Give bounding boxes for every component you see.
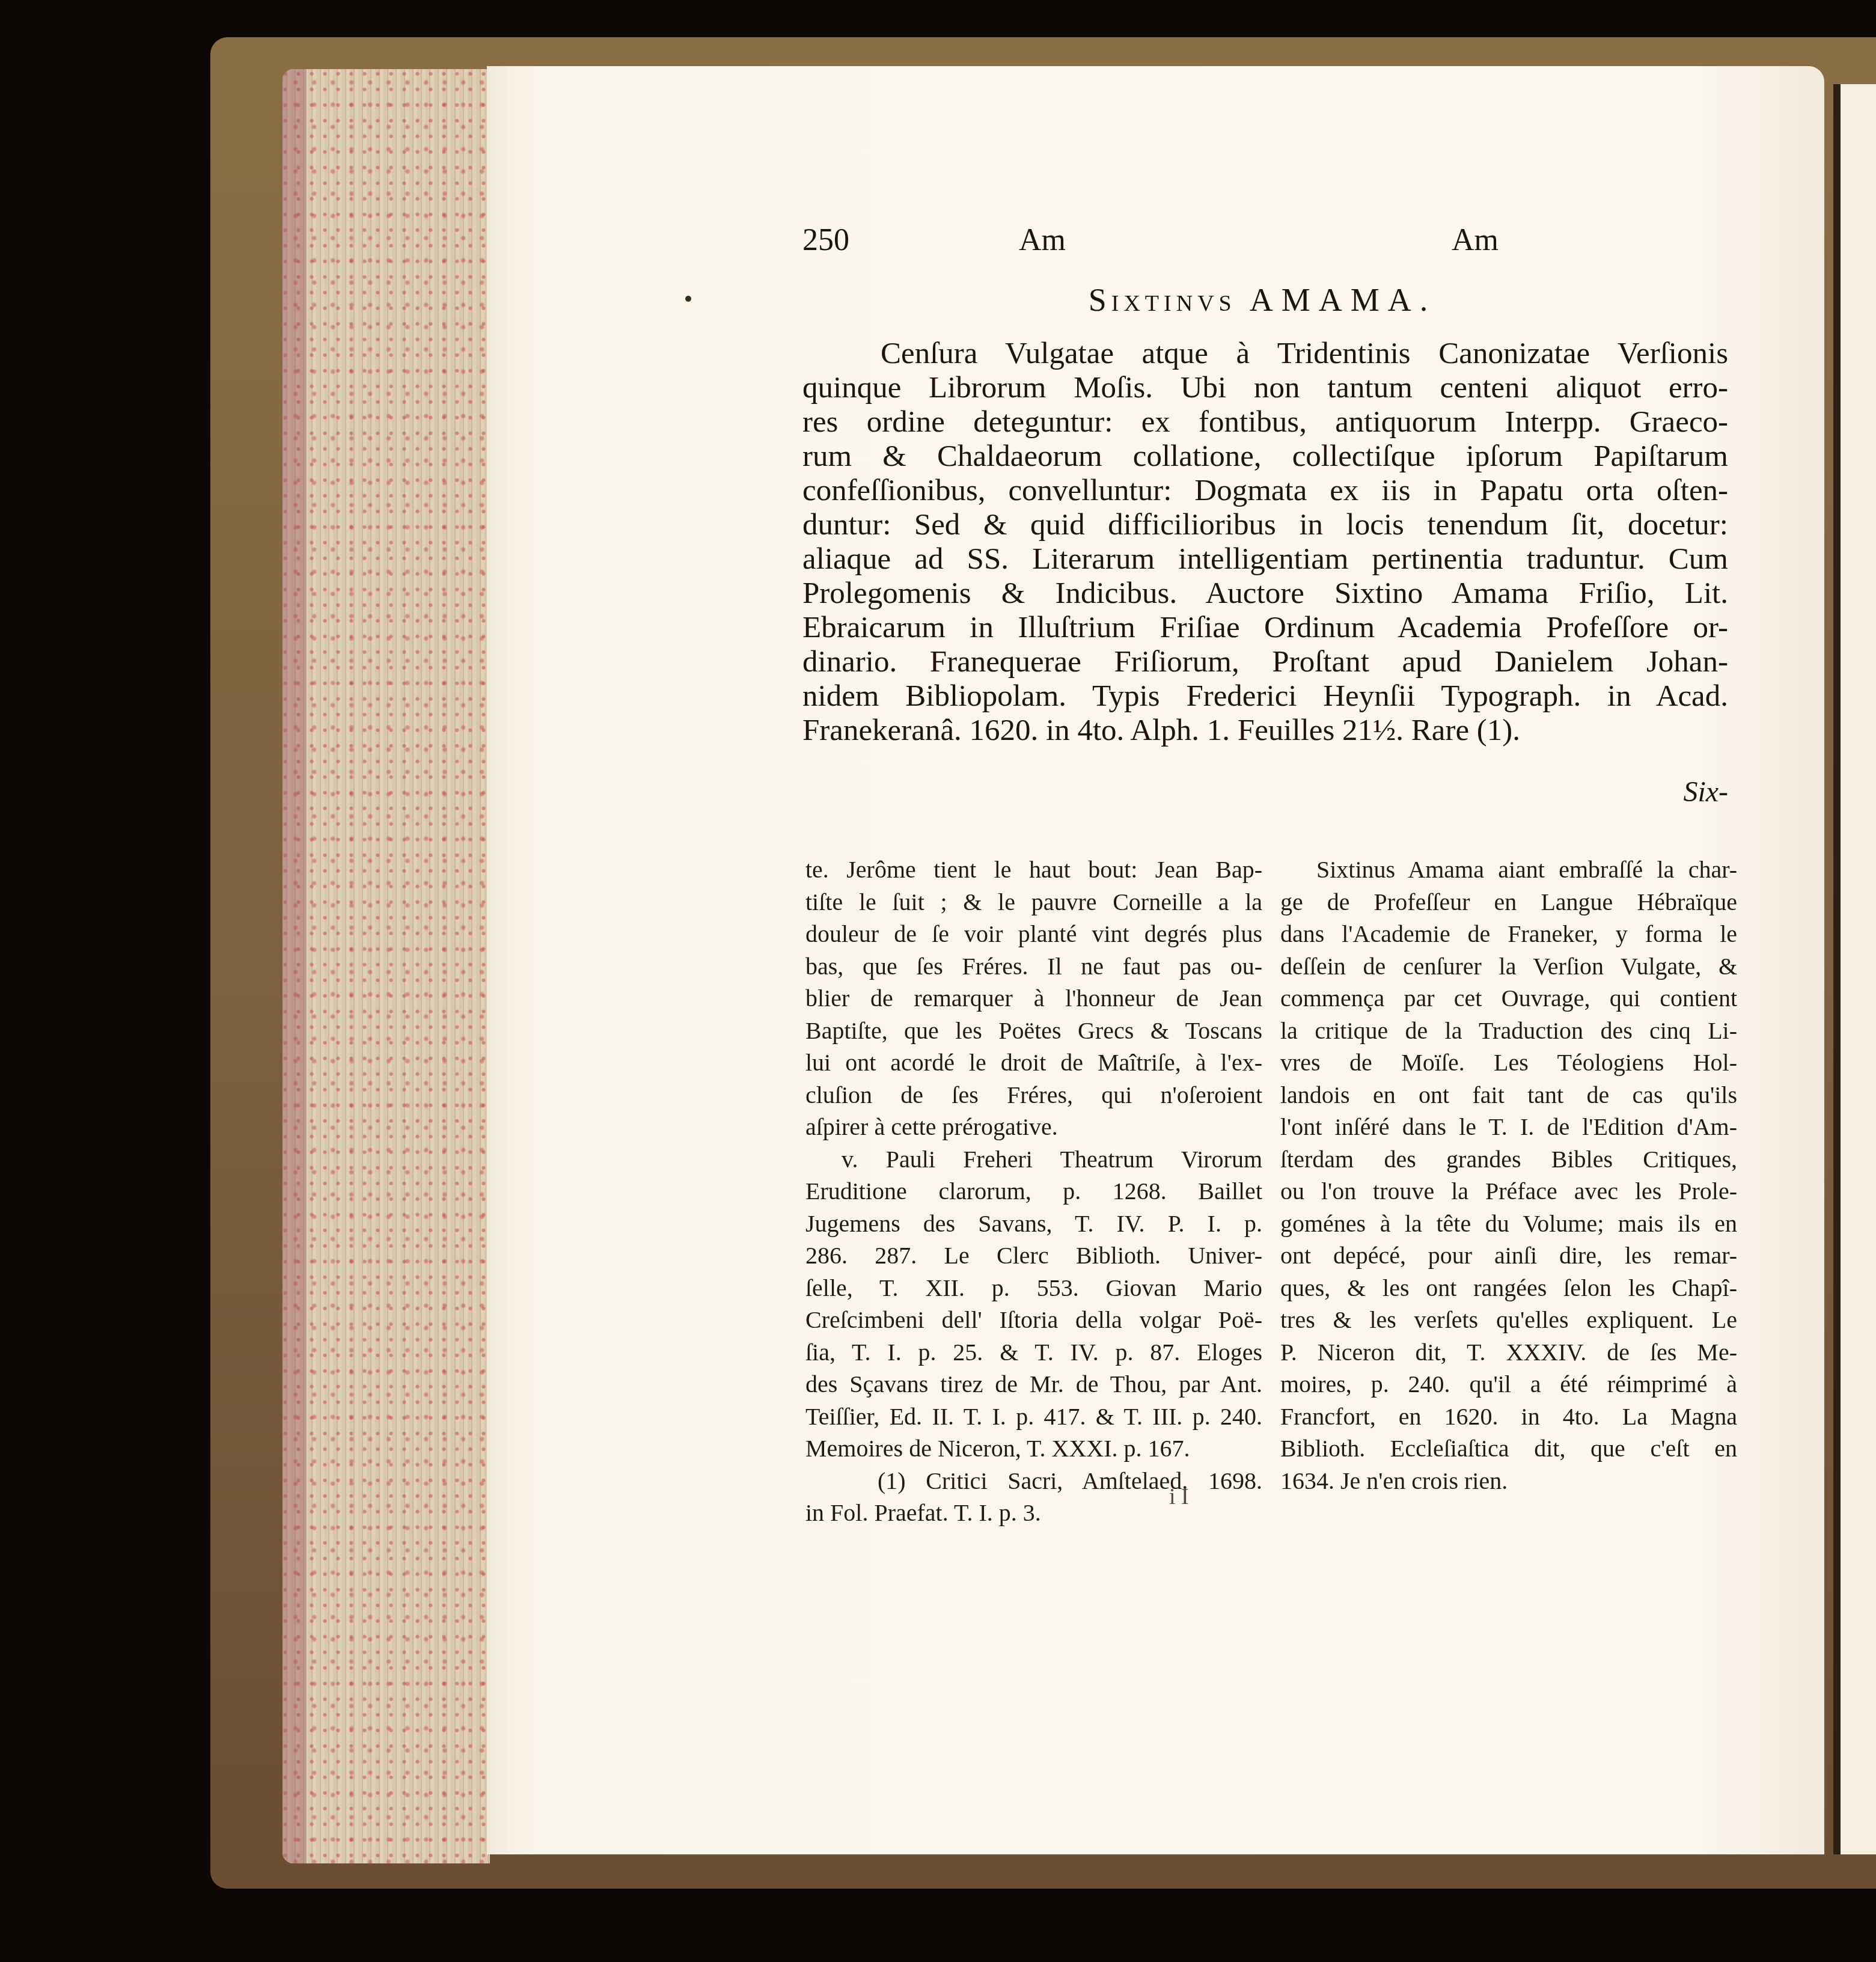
ink-speck — [685, 296, 691, 302]
note-line: vres de Moïſe. Les Téologiens Hol- — [1280, 1047, 1737, 1079]
note-line: Sixtinus Amama aiant embraſſé la char- — [1280, 854, 1737, 886]
note-line: Memoires de Niceron, T. XXXI. p. 167. — [805, 1432, 1262, 1465]
note-line: dans l'Academie de Franeker, y forma le — [1280, 918, 1737, 950]
facing-page-sliver — [1833, 84, 1876, 1854]
entry-line: res ordine deteguntur: ex fontibus, anti… — [802, 405, 1728, 439]
note-line: Jugemens des Savans, T. IV. P. I. p. — [805, 1208, 1262, 1240]
note-line: commença par cet Ouvrage, qui contient — [1280, 982, 1737, 1015]
entry-title: SixtinvsAMAMA. — [781, 281, 1743, 319]
note-line: Eruditione clarorum, p. 1268. Baillet — [805, 1175, 1262, 1208]
footnote-line: in Fol. Praefat. T. I. p. 3. — [805, 1497, 1262, 1529]
entry-line: nidem Bibliopolam. Typis Frederici Heynſ… — [802, 679, 1728, 714]
entry-title-forename: Sixtinvs — [1089, 282, 1236, 318]
entry-line: Ebraicarum in Illuſtrium Friſiae Ordinum… — [802, 611, 1728, 645]
note-line: v. Pauli Freheri Theatrum Virorum — [805, 1143, 1262, 1176]
note-line: tiſte le ſuit ; & le pauvre Corneille a … — [805, 886, 1262, 918]
note-line: aſpirer à cette prérogative. — [805, 1111, 1262, 1143]
right-note-column: Sixtinus Amama aiant embraſſé la char- g… — [1280, 854, 1737, 1497]
note-line: landois en ont fait tant de cas qu'ils — [1280, 1079, 1737, 1111]
signature-mark: i I — [1169, 1484, 1189, 1510]
note-line: te. Jerôme tient le haut bout: Jean Bap- — [805, 854, 1262, 886]
note-line: ge de Profeſſeur en Langue Hébraïque — [1280, 886, 1737, 918]
note-line: bas, que ſes Fréres. Il ne faut pas ou- — [805, 950, 1262, 983]
note-line: ſelle, T. XII. p. 553. Giovan Mario — [805, 1272, 1262, 1304]
entry-line: Franekeranâ. 1620. in 4to. Alph. 1. Feui… — [802, 714, 1728, 748]
entry-line: aliaque ad SS. Literarum intelligentiam … — [802, 542, 1728, 576]
note-line: 1634. Je n'en crois rien. — [1280, 1465, 1737, 1497]
note-line: blier de remarquer à l'honneur de Jean — [805, 982, 1262, 1015]
bibliographic-entry: Cenſura Vulgatae atque à Tridentinis Can… — [802, 337, 1728, 748]
entry-line: Prolegomenis & Indicibus. Auctore Sixtin… — [802, 576, 1728, 611]
endpaper-edge — [283, 69, 307, 1863]
note-line: Francfort, en 1620. in 4to. La Magna — [1280, 1401, 1737, 1433]
note-line: ques, & les ont rangées ſelon les Chapî- — [1280, 1272, 1737, 1304]
entry-title-surname: AMAMA. — [1250, 282, 1437, 318]
note-line: ſia, T. I. p. 25. & T. IV. p. 87. Eloges — [805, 1336, 1262, 1369]
note-line: moires, p. 240. qu'il a été réimprimé à — [1280, 1368, 1737, 1401]
note-line: Teiſſier, Ed. II. T. I. p. 417. & T. III… — [805, 1401, 1262, 1433]
note-line: deſſein de cenſurer la Verſion Vulgate, … — [1280, 950, 1737, 983]
note-line: ou l'on trouve la Préface avec les Prole… — [1280, 1175, 1737, 1208]
running-head-right: Am — [1452, 222, 1499, 258]
footnote-line: (1) Critici Sacri, Amſtelaed. 1698. — [805, 1465, 1262, 1497]
page-number: 250 — [802, 222, 849, 258]
entry-line: duntur: Sed & quid difficilioribus in lo… — [802, 508, 1728, 542]
note-line: 286. 287. Le Clerc Biblioth. Univer- — [805, 1239, 1262, 1272]
note-line: tres & les verſets qu'elles expliquent. … — [1280, 1304, 1737, 1336]
entry-line: confeſſionibus, convelluntur: Dogmata ex… — [802, 474, 1728, 508]
running-head-left: Am — [1019, 222, 1066, 258]
left-note-column: te. Jerôme tient le haut bout: Jean Bap-… — [805, 854, 1262, 1529]
note-line: Baptiſte, que les Poëtes Grecs & Toscans — [805, 1015, 1262, 1047]
note-line: P. Niceron dit, T. XXXIV. de ſes Me- — [1280, 1336, 1737, 1369]
entry-line: rum & Chaldaeorum collatione, collectiſq… — [802, 439, 1728, 474]
entry-line: Cenſura Vulgatae atque à Tridentinis Can… — [802, 337, 1728, 371]
entry-line: dinario. Franequerae Friſiorum, Proſtant… — [802, 645, 1728, 679]
note-line: ſterdam des grandes Bibles Critiques, — [1280, 1143, 1737, 1176]
entry-line: quinque Librorum Moſis. Ubi non tantum c… — [802, 371, 1728, 405]
running-header: 250 Am Am — [802, 222, 1728, 264]
page-edges-speckled — [283, 69, 490, 1863]
note-line: ont depécé, pour ainſi dire, les remar- — [1280, 1239, 1737, 1272]
note-line: l'ont inſéré dans le T. I. de l'Edition … — [1280, 1111, 1737, 1143]
note-line: des Sçavans tirez de Mr. de Thou, par An… — [805, 1368, 1262, 1401]
note-line: lui ont acordé le droit de Maîtriſe, à l… — [805, 1047, 1262, 1079]
note-line: goménes à la tête du Volume; mais ils en — [1280, 1208, 1737, 1240]
note-line: cluſion de ſes Fréres, qui n'oſeroient — [805, 1079, 1262, 1111]
note-line: Creſcimbeni dell' Iſtoria della volgar P… — [805, 1304, 1262, 1336]
catchword: Six- — [1683, 775, 1728, 808]
note-line: Biblioth. Eccleſiaſtica dit, que c'eſt e… — [1280, 1432, 1737, 1465]
note-line: douleur de ſe voir planté vint degrés pl… — [805, 918, 1262, 950]
note-line: la critique de la Traduction des cinq Li… — [1280, 1015, 1737, 1047]
